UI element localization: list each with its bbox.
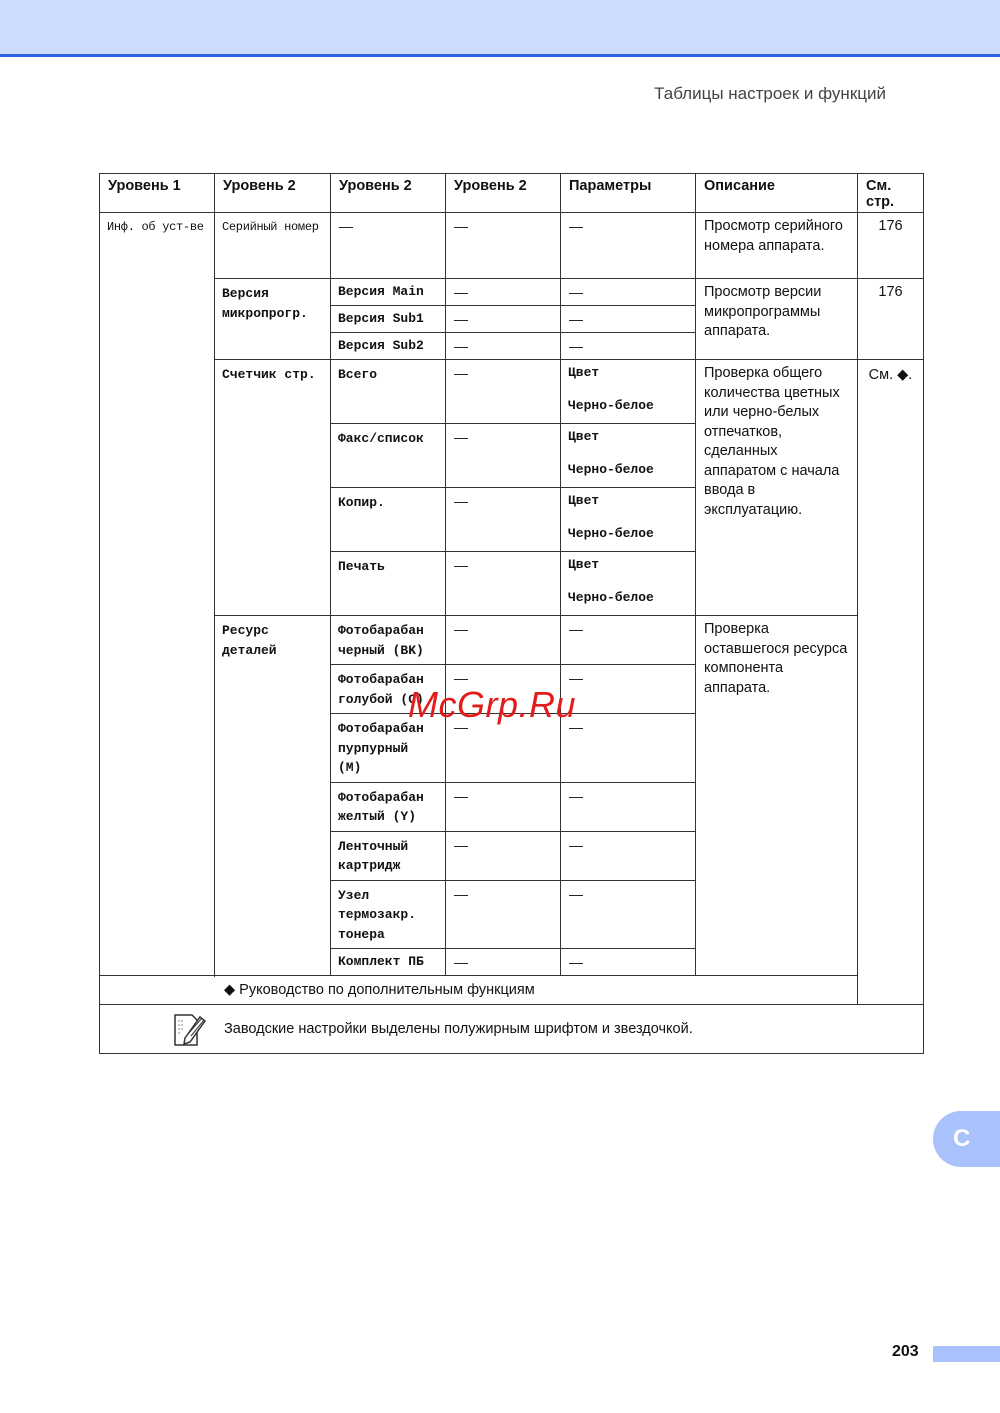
- level3-cell: Версия Main: [331, 279, 446, 306]
- level3-cell: Узел термозакр. тонера: [331, 880, 446, 949]
- footnote: ◆ Руководство по дополнительным функциям: [100, 976, 923, 1004]
- header-params: Параметры: [561, 174, 696, 213]
- params-cell: ЦветЧерно-белое: [561, 552, 696, 616]
- level3-cell: Ленточный картридж: [331, 831, 446, 880]
- level3-cell: Факс/список: [331, 424, 446, 488]
- level2-cell: Серийный номер: [215, 213, 331, 279]
- table-row: Версия микропрогр. Версия Main — — Просм…: [100, 279, 924, 306]
- level2-cell: Ресурс деталей: [215, 616, 331, 976]
- watermark: McGrp.Ru: [408, 684, 576, 726]
- params-cell: —: [561, 333, 696, 360]
- level4-cell: —: [446, 279, 561, 306]
- header-band: [0, 0, 1000, 57]
- footnote-row: ◆ Руководство по дополнительным функциям: [100, 976, 924, 1005]
- level4-cell: —: [446, 488, 561, 552]
- level3-cell: Версия Sub2: [331, 333, 446, 360]
- header-level4: Уровень 2: [446, 174, 561, 213]
- running-head: Таблицы настроек и функций: [654, 84, 886, 104]
- level4-cell: —: [446, 949, 561, 976]
- level3-cell: Всего: [331, 360, 446, 424]
- header-description: Описание: [696, 174, 858, 213]
- header-level3: Уровень 2: [331, 174, 446, 213]
- page-bar: [933, 1346, 1000, 1362]
- level3-cell: Фотобарабан черный (BK): [331, 616, 446, 665]
- level4-cell: —: [446, 831, 561, 880]
- description-cell: Проверка оставшегося ресурса компонента …: [696, 616, 858, 976]
- header-level1: Уровень 1: [100, 174, 215, 213]
- level4-cell: —: [446, 306, 561, 333]
- description-cell: Проверка общего количества цветных или ч…: [696, 360, 858, 616]
- level3-cell: Копир.: [331, 488, 446, 552]
- params-cell: —: [561, 949, 696, 976]
- params-cell: ЦветЧерно-белое: [561, 424, 696, 488]
- params-cell: —: [561, 665, 696, 714]
- header-level2: Уровень 2: [215, 174, 331, 213]
- page-cell: 176: [858, 213, 924, 279]
- table-row: Инф. об уст-ве Серийный номер — — — Прос…: [100, 213, 924, 279]
- params-cell: —: [561, 279, 696, 306]
- level4-cell: —: [446, 213, 561, 279]
- description-cell: Просмотр серийного номера аппарата.: [696, 213, 858, 279]
- note-row: Заводские настройки выделены полужирным …: [100, 1005, 924, 1054]
- level4-cell: —: [446, 360, 561, 424]
- chapter-tab[interactable]: C: [933, 1111, 1000, 1167]
- table-row: Счетчик стр. Всего — ЦветЧерно-белое Про…: [100, 360, 924, 424]
- description-cell: Просмотр версии микропрограммы аппарата.: [696, 279, 858, 360]
- params-cell: —: [561, 714, 696, 783]
- params-cell: ЦветЧерно-белое: [561, 360, 696, 424]
- level3-cell: Версия Sub1: [331, 306, 446, 333]
- params-cell: —: [561, 880, 696, 949]
- level2-cell: Версия микропрогр.: [215, 279, 331, 360]
- level4-cell: —: [446, 880, 561, 949]
- level2-cell: Счетчик стр.: [215, 360, 331, 616]
- level4-cell: —: [446, 616, 561, 665]
- level1-cell: Инф. об уст-ве: [100, 213, 215, 976]
- level4-cell: —: [446, 782, 561, 831]
- settings-table: Уровень 1 Уровень 2 Уровень 2 Уровень 2 …: [99, 173, 924, 1054]
- params-cell: —: [561, 306, 696, 333]
- params-cell: —: [561, 616, 696, 665]
- params-cell: —: [561, 213, 696, 279]
- level4-cell: —: [446, 333, 561, 360]
- note-pencil-icon: [172, 1011, 206, 1047]
- table-row: Ресурс деталей Фотобарабан черный (BK) —…: [100, 616, 924, 665]
- level4-cell: —: [446, 424, 561, 488]
- params-cell: —: [561, 831, 696, 880]
- params-cell: —: [561, 782, 696, 831]
- note: Заводские настройки выделены полужирным …: [100, 1005, 923, 1053]
- note-text: Заводские настройки выделены полужирным …: [224, 1021, 693, 1037]
- level3-cell: Комплект ПБ: [331, 949, 446, 976]
- level3-cell: —: [331, 213, 446, 279]
- page-number: 203: [892, 1343, 919, 1361]
- level3-cell: Фотобарабан желтый (Y): [331, 782, 446, 831]
- page-cell: См. ◆.: [858, 360, 924, 1005]
- table-header-row: Уровень 1 Уровень 2 Уровень 2 Уровень 2 …: [100, 174, 924, 213]
- level4-cell: —: [446, 552, 561, 616]
- header-page: См. стр.: [858, 174, 924, 213]
- level3-cell: Печать: [331, 552, 446, 616]
- params-cell: ЦветЧерно-белое: [561, 488, 696, 552]
- page-cell: 176: [858, 279, 924, 360]
